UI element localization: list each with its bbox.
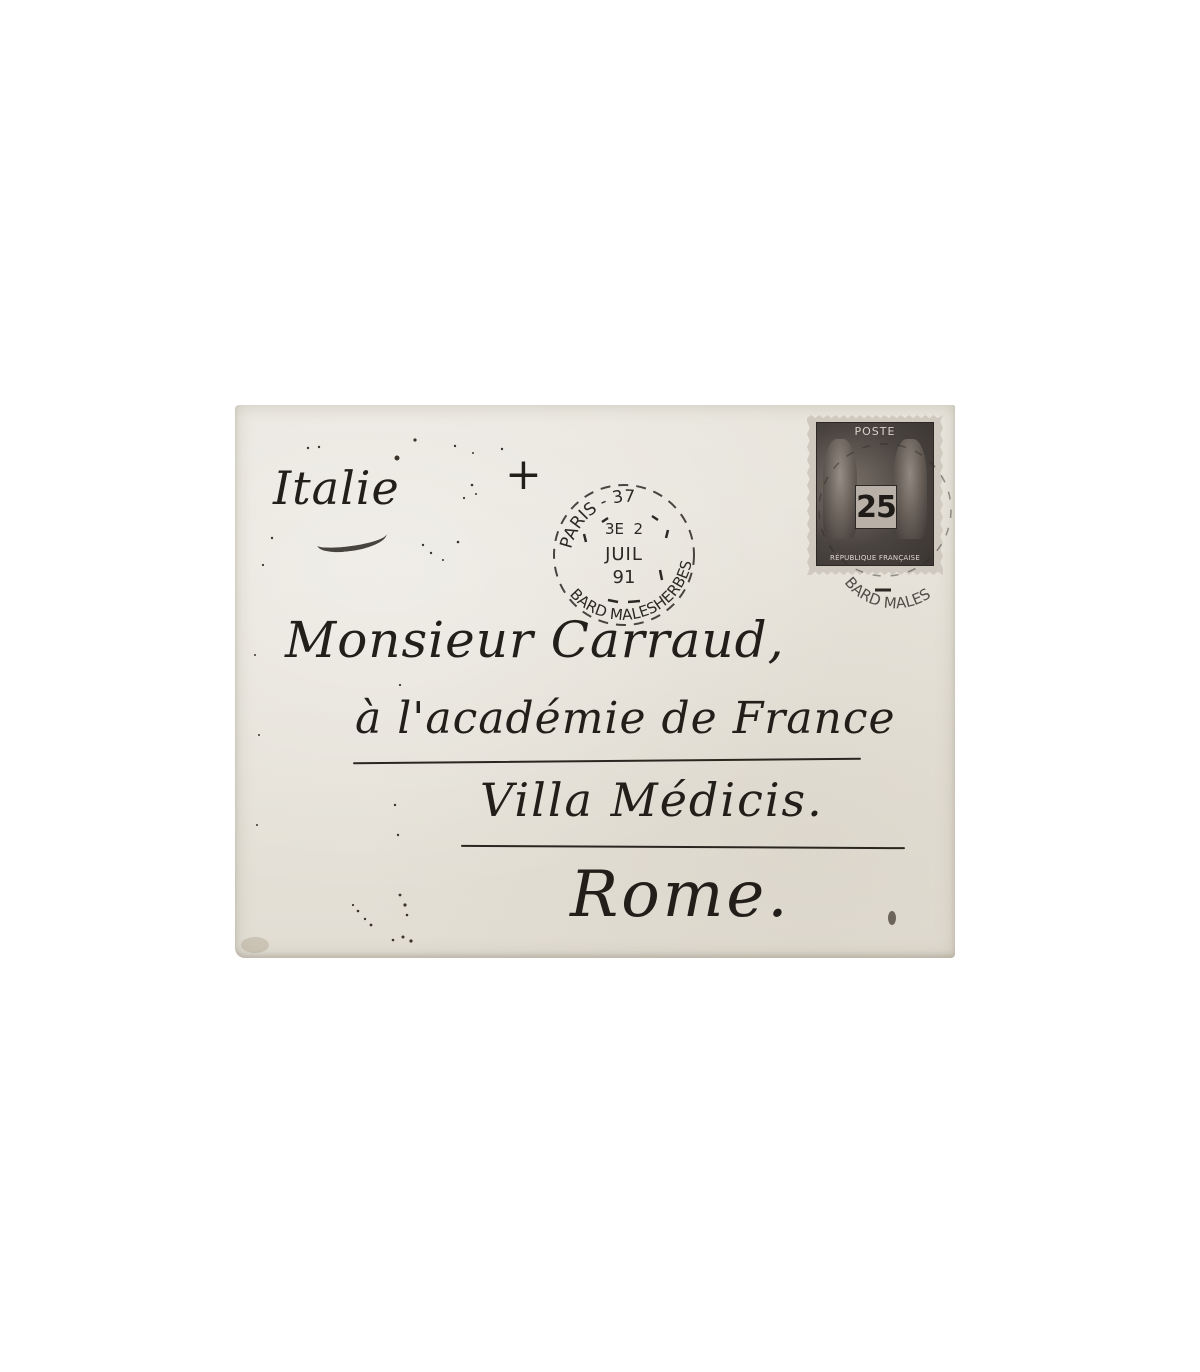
address-line-4: Rome. bbox=[570, 863, 791, 927]
stamp-value: 25 bbox=[856, 490, 896, 525]
postmark-time: 3E bbox=[605, 520, 624, 538]
envelope: Italie + PARIS - 37 BARD MALESHERBES bbox=[235, 405, 955, 958]
postmark-city-text: PARIS - 37 bbox=[556, 487, 635, 551]
stamp-bottom-label: RÉPUBLIQUE FRANÇAISE bbox=[817, 554, 933, 562]
postmark-time-day: 3E 2 bbox=[548, 522, 700, 537]
stamp-top-label: POSTE bbox=[817, 425, 933, 438]
stamp-figure-right bbox=[893, 439, 927, 539]
cross-mark: + bbox=[505, 453, 542, 497]
country-annotation: Italie bbox=[273, 465, 400, 511]
postmark-month: JUIL bbox=[548, 546, 700, 564]
stamp-design: POSTE 25 RÉPUBLIQUE FRANÇAISE bbox=[816, 422, 934, 566]
postmark-day: 2 bbox=[634, 520, 644, 538]
stamp-figure-left bbox=[823, 439, 857, 539]
address-line-3: Villa Médicis. bbox=[480, 777, 824, 823]
address-line-2: à l'académie de France bbox=[355, 697, 896, 741]
postmark-year: 91 bbox=[548, 569, 700, 587]
address-line-1: Monsieur Carraud, bbox=[285, 615, 785, 665]
stamp-value-tablet: 25 bbox=[855, 485, 897, 529]
postage-stamp: POSTE 25 RÉPUBLIQUE FRANÇAISE bbox=[807, 415, 943, 575]
postmark-office-number: 37 bbox=[611, 487, 636, 509]
